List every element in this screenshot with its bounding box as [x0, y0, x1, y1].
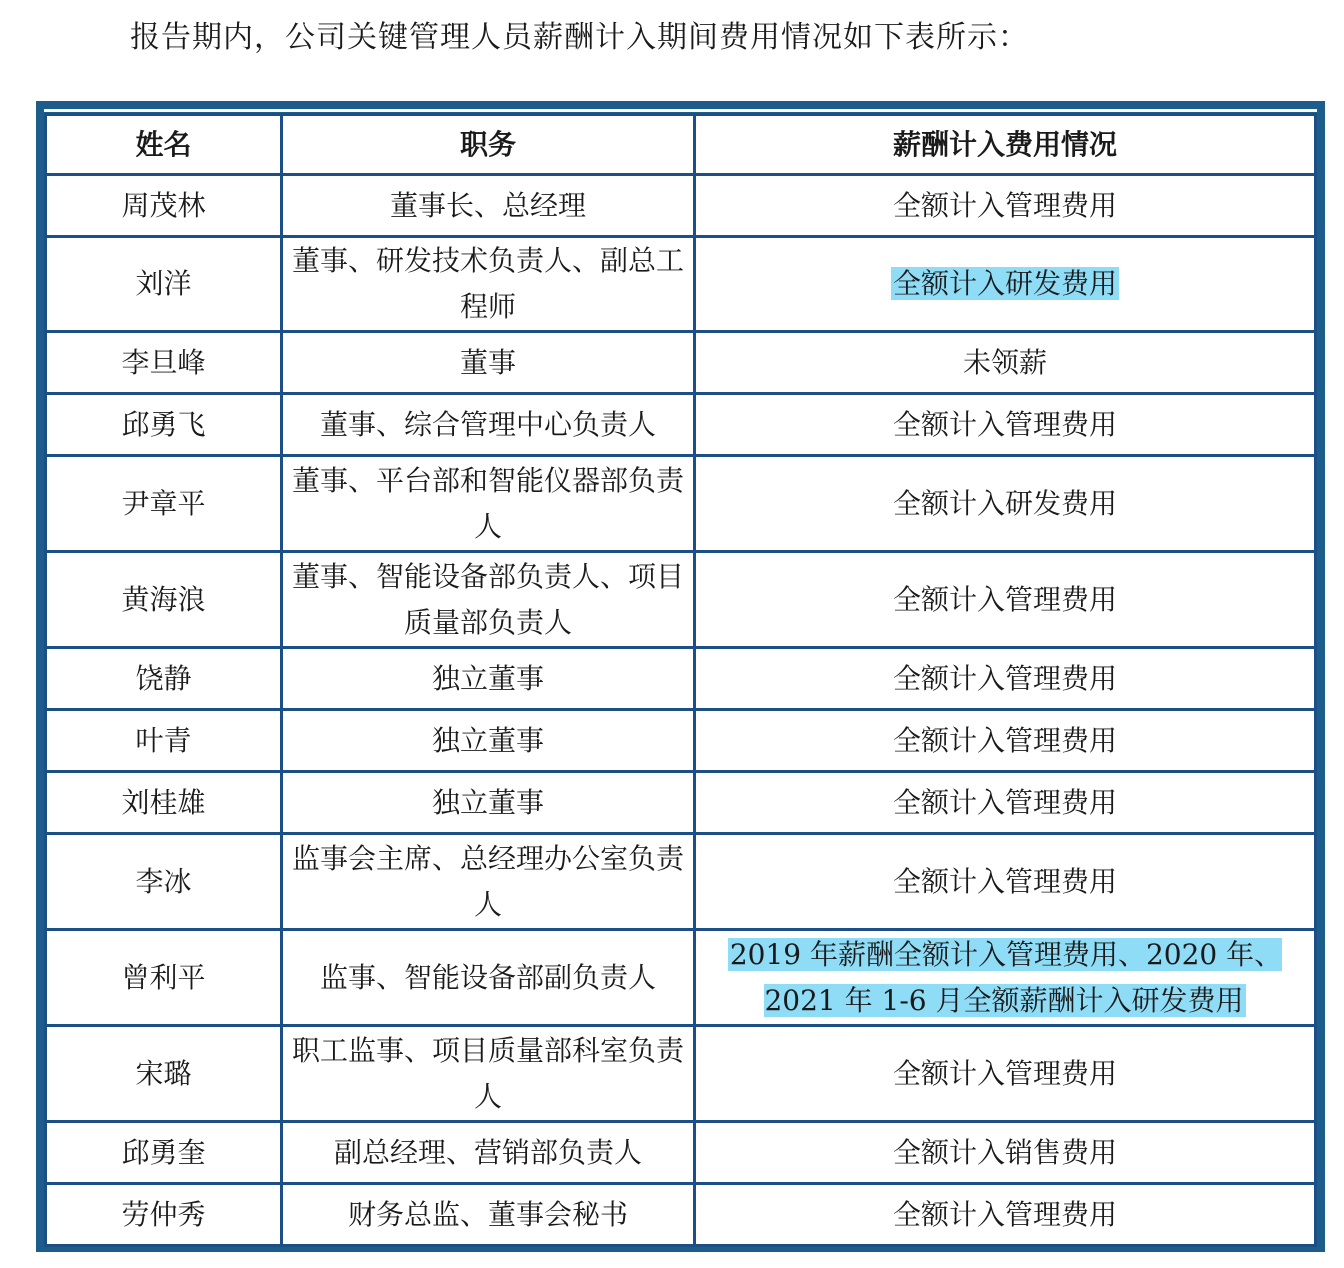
cell-title: 独立董事 — [282, 772, 695, 834]
cell-expense: 全额计入研发费用 — [695, 456, 1316, 552]
cell-title: 独立董事 — [282, 710, 695, 772]
cell-title: 监事会主席、总经理办公室负责人 — [282, 834, 695, 930]
header-title: 职务 — [282, 115, 695, 175]
cell-name: 尹章平 — [46, 456, 282, 552]
cell-title: 董事、综合管理中心负责人 — [282, 394, 695, 456]
cell-name: 曾利平 — [46, 930, 282, 1026]
table-row: 劳仲秀财务总监、董事会秘书全额计入管理费用 — [46, 1184, 1316, 1246]
cell-title: 董事、平台部和智能仪器部负责人 — [282, 456, 695, 552]
table-row: 刘桂雄独立董事全额计入管理费用 — [46, 772, 1316, 834]
cell-name: 宋璐 — [46, 1026, 282, 1122]
cell-expense: 全额计入管理费用 — [695, 710, 1316, 772]
table-row: 黄海浪董事、智能设备部负责人、项目质量部负责人全额计入管理费用 — [46, 552, 1316, 648]
cell-expense: 全额计入管理费用 — [695, 772, 1316, 834]
cell-title: 董事、研发技术负责人、副总工程师 — [282, 237, 695, 332]
cell-expense: 全额计入管理费用 — [695, 394, 1316, 456]
cell-name: 李冰 — [46, 834, 282, 930]
cell-expense: 全额计入管理费用 — [695, 1026, 1316, 1122]
table-row: 宋璐职工监事、项目质量部科室负责人全额计入管理费用 — [46, 1026, 1316, 1122]
table-row: 曾利平监事、智能设备部副负责人2019 年薪酬全额计入管理费用、2020 年、2… — [46, 930, 1316, 1026]
highlighted-text: 全额计入研发费用 — [891, 267, 1119, 300]
table-row: 饶静独立董事全额计入管理费用 — [46, 648, 1316, 710]
cell-name: 邱勇奎 — [46, 1122, 282, 1184]
cell-name: 李旦峰 — [46, 332, 282, 394]
cell-title: 董事 — [282, 332, 695, 394]
table-row: 尹章平董事、平台部和智能仪器部负责人全额计入研发费用 — [46, 456, 1316, 552]
cell-title: 职工监事、项目质量部科室负责人 — [282, 1026, 695, 1122]
cell-name: 黄海浪 — [46, 552, 282, 648]
cell-expense: 全额计入管理费用 — [695, 175, 1316, 237]
cell-expense: 2019 年薪酬全额计入管理费用、2020 年、2021 年 1-6 月全额薪酬… — [695, 930, 1316, 1026]
header-name: 姓名 — [46, 115, 282, 175]
compensation-table: 姓名 职务 薪酬计入费用情况 周茂林董事长、总经理全额计入管理费用刘洋董事、研发… — [44, 113, 1317, 1247]
cell-expense: 全额计入研发费用 — [695, 237, 1316, 332]
cell-name: 叶青 — [46, 710, 282, 772]
cell-title: 董事、智能设备部负责人、项目质量部负责人 — [282, 552, 695, 648]
cell-title: 副总经理、营销部负责人 — [282, 1122, 695, 1184]
table-row: 邱勇飞董事、综合管理中心负责人全额计入管理费用 — [46, 394, 1316, 456]
cell-expense: 全额计入管理费用 — [695, 648, 1316, 710]
table-frame: 姓名 职务 薪酬计入费用情况 周茂林董事长、总经理全额计入管理费用刘洋董事、研发… — [36, 101, 1325, 1252]
cell-title: 财务总监、董事会秘书 — [282, 1184, 695, 1246]
table-row: 叶青独立董事全额计入管理费用 — [46, 710, 1316, 772]
cell-title: 监事、智能设备部副负责人 — [282, 930, 695, 1026]
table-body: 周茂林董事长、总经理全额计入管理费用刘洋董事、研发技术负责人、副总工程师全额计入… — [46, 175, 1316, 1246]
cell-expense: 全额计入销售费用 — [695, 1122, 1316, 1184]
cell-name: 劳仲秀 — [46, 1184, 282, 1246]
cell-name: 邱勇飞 — [46, 394, 282, 456]
cell-name: 刘洋 — [46, 237, 282, 332]
intro-paragraph: 报告期内，公司关键管理人员薪酬计入期间费用情况如下表所示： — [130, 12, 1029, 56]
table-row: 李旦峰董事未领薪 — [46, 332, 1316, 394]
highlighted-text: 2019 年薪酬全额计入管理费用、2020 年、2021 年 1-6 月全额薪酬… — [728, 938, 1282, 1017]
header-expense: 薪酬计入费用情况 — [695, 115, 1316, 175]
cell-name: 饶静 — [46, 648, 282, 710]
table-row: 李冰监事会主席、总经理办公室负责人全额计入管理费用 — [46, 834, 1316, 930]
cell-title: 独立董事 — [282, 648, 695, 710]
cell-expense: 全额计入管理费用 — [695, 552, 1316, 648]
cell-expense: 未领薪 — [695, 332, 1316, 394]
cell-title: 董事长、总经理 — [282, 175, 695, 237]
table-row: 刘洋董事、研发技术负责人、副总工程师全额计入研发费用 — [46, 237, 1316, 332]
cell-name: 刘桂雄 — [46, 772, 282, 834]
cell-expense: 全额计入管理费用 — [695, 834, 1316, 930]
table-row: 周茂林董事长、总经理全额计入管理费用 — [46, 175, 1316, 237]
cell-expense: 全额计入管理费用 — [695, 1184, 1316, 1246]
cell-name: 周茂林 — [46, 175, 282, 237]
table-header-row: 姓名 职务 薪酬计入费用情况 — [46, 115, 1316, 175]
table-row: 邱勇奎副总经理、营销部负责人全额计入销售费用 — [46, 1122, 1316, 1184]
